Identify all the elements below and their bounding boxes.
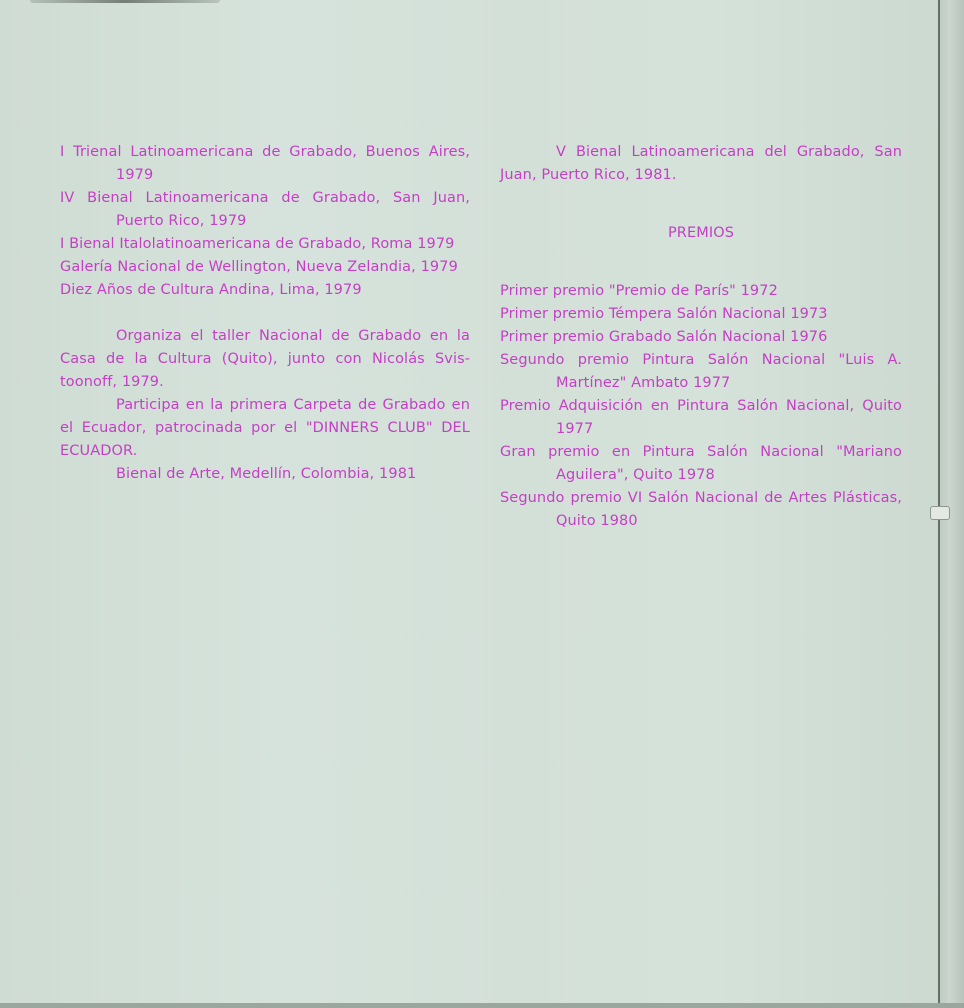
binding-clip-icon <box>930 506 950 520</box>
paragraph-bienal-san-juan: V Bienal Latinoamericana del Grabado, Sa… <box>500 141 902 187</box>
award-item: Segundo premio VI Salón Nacional de Arte… <box>500 487 902 533</box>
right-column: V Bienal Latinoamericana del Grabado, Sa… <box>500 141 902 533</box>
awards-heading: PREMIOS <box>500 222 902 245</box>
binding-spine-edge <box>940 0 964 1008</box>
spacer <box>500 210 902 222</box>
award-item: Gran premio en Pintura Salón Nacional "M… <box>500 441 902 487</box>
exhibition-item: Galería Nacional de Wellington, Nueva Ze… <box>60 256 470 279</box>
award-item: Primer premio Grabado Salón Nacional 197… <box>500 326 902 349</box>
exhibition-item: IV Bienal Latinoamericana de Grabado, Sa… <box>60 187 470 233</box>
award-item: Primer premio Témpera Salón Nacional 197… <box>500 303 902 326</box>
spacer <box>500 268 902 280</box>
page-bottom-edge <box>0 1003 964 1008</box>
paragraph-taller: Organiza el taller Nacional de Grabado e… <box>60 325 470 394</box>
exhibition-item: I Bienal Italolatinoamericana de Grabado… <box>60 233 470 256</box>
paragraph-bienal-medellin: Bienal de Arte, Medellín, Colombia, 1981 <box>60 463 470 486</box>
document-page: I Trienal Latinoamericana de Grabado, Bu… <box>0 0 946 1003</box>
paragraph-carpeta: Participa en la primera Carpeta de Graba… <box>60 394 470 463</box>
scan-shadow <box>30 0 220 3</box>
spacer <box>500 245 902 268</box>
award-item: Segundo premio Pintura Salón Nacional "L… <box>500 349 902 395</box>
exhibition-item: I Trienal Latinoamericana de Grabado, Bu… <box>60 141 470 187</box>
exhibition-item: Diez Años de Cultura Andina, Lima, 1979 <box>60 279 470 302</box>
award-item: Premio Adquisición en Pintura Salón Naci… <box>500 395 902 441</box>
spacer <box>60 302 470 325</box>
spacer <box>500 187 902 210</box>
left-column: I Trienal Latinoamericana de Grabado, Bu… <box>60 141 470 486</box>
award-item: Primer premio "Premio de París" 1972 <box>500 280 902 303</box>
